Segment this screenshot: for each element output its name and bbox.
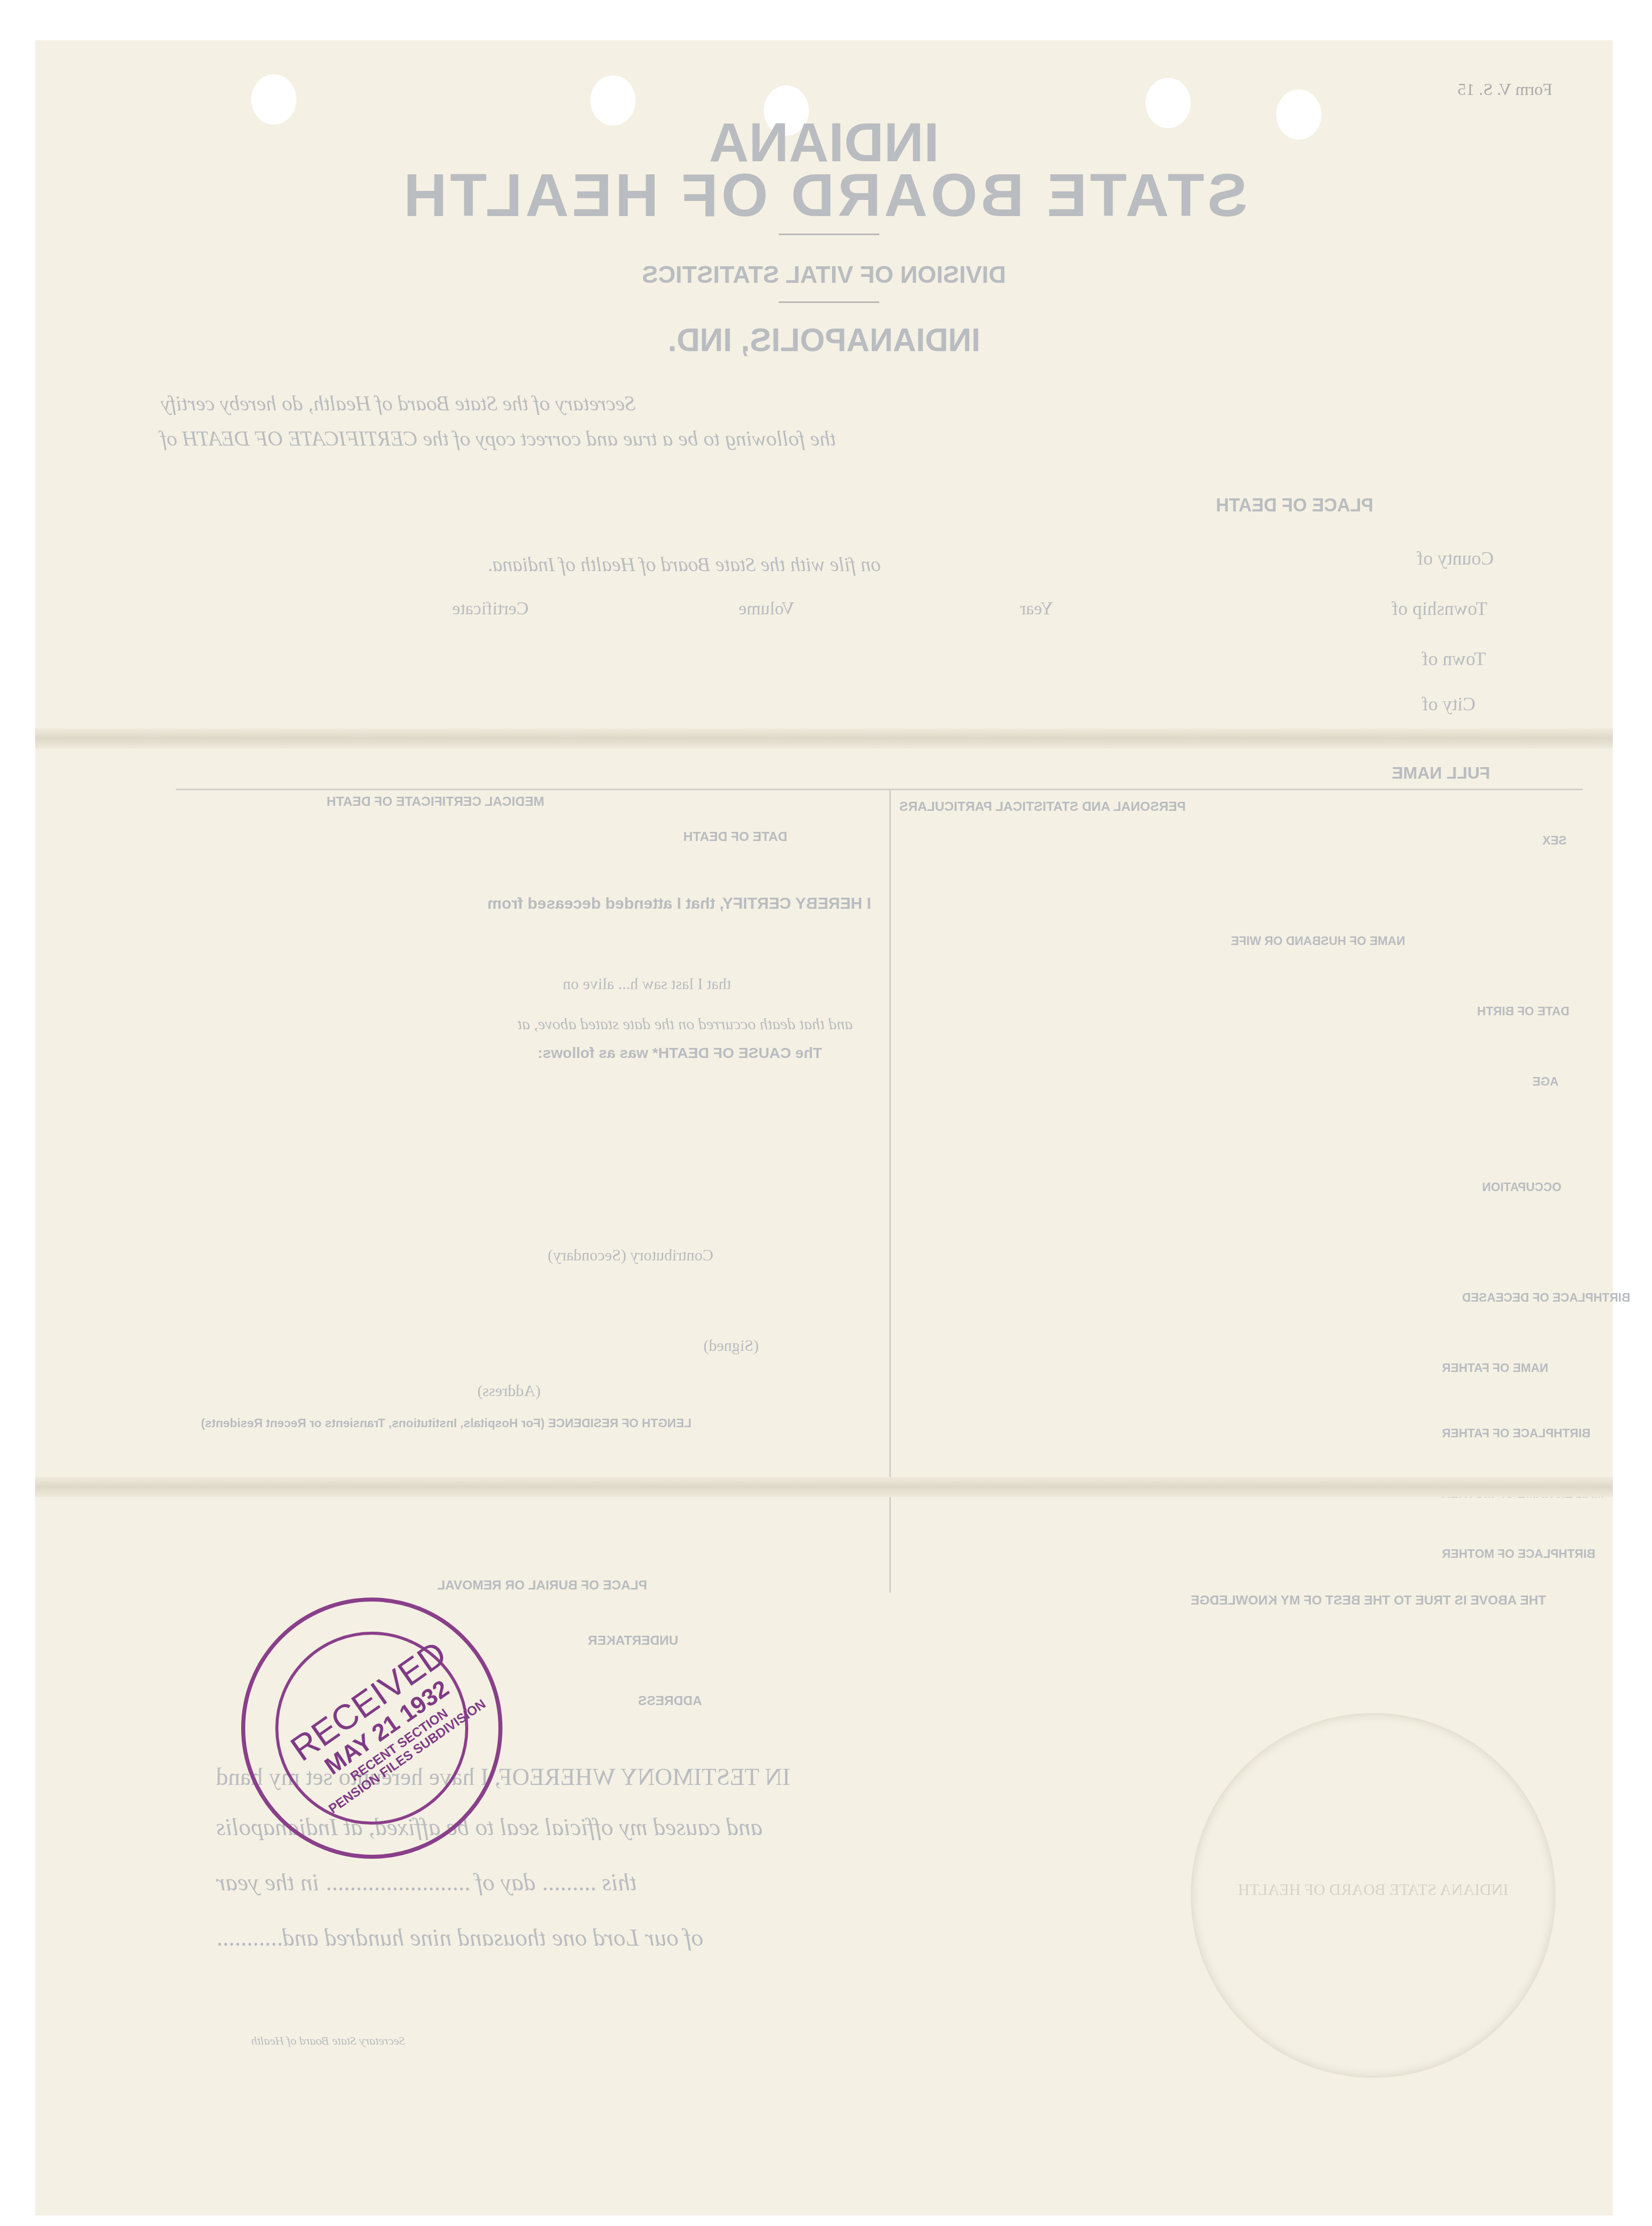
address-upper-label: ADDRESS — [638, 1693, 702, 1709]
sex-label: SEX — [1542, 834, 1567, 848]
cause-label: The CAUSE OF DEATH* was as follows: — [538, 1045, 822, 1062]
header-rule — [779, 234, 879, 235]
embossed-seal: INDIANA STATE BOARD OF HEALTH — [1191, 1713, 1556, 2078]
header-division: DIVISION OF VITAL STATISTICS — [35, 261, 1613, 289]
last-saw-text: that I last saw h... alive on — [563, 975, 731, 993]
father-birthplace-label: BIRTHPLACE OF FATHER — [1442, 1427, 1591, 1441]
paper-fold — [35, 1477, 1613, 1497]
column-divider — [889, 789, 891, 1593]
occupation-label: OCCUPATION — [1482, 1181, 1562, 1195]
seal-text: INDIANA STATE BOARD OF HEALTH — [1192, 1880, 1554, 1899]
testimony-line-3: this ......... day of ..................… — [216, 1869, 637, 1896]
form-number: Form V. S. 15 — [1458, 80, 1553, 99]
length-residence-label: LENGTH OF RESIDENCE (For Hospitals, Inst… — [201, 1417, 691, 1431]
header-agency: STATE BOARD OF HEALTH — [35, 161, 1613, 230]
age-label: AGE — [1532, 1075, 1559, 1089]
attended-text: I HEREBY CERTIFY, that I attended deceas… — [487, 894, 871, 913]
certificate-label: Certificate — [452, 598, 529, 619]
certify-line-1: Secretary of the State Board of Health, … — [161, 392, 1568, 416]
full-name-label: FULL NAME — [1392, 764, 1490, 783]
personal-section-label: PERSONAL AND STATISTICAL PARTICULARS — [899, 799, 1186, 814]
death-occurred-text: and that death occurred on the date stat… — [518, 1015, 853, 1033]
table-rule — [176, 789, 1583, 790]
on-file-text: on file with the State Board of Health o… — [487, 553, 881, 576]
testimony-line-4: of our Lord one thousand nine hundred an… — [216, 1924, 703, 1952]
certify-line-2: the following to be a true and correct c… — [161, 427, 1568, 451]
father-label: NAME OF FATHER — [1442, 1361, 1548, 1375]
volume-label: Volume — [739, 598, 794, 619]
township-label: Township of — [1392, 598, 1488, 620]
header-city: INDIANAPOLIS, IND. — [35, 322, 1613, 359]
informant-label: THE ABOVE IS TRUE TO THE BEST OF MY KNOW… — [1191, 1593, 1546, 1608]
certificate-paper: Form V. S. 15 INDIANA STATE BOARD OF HEA… — [35, 40, 1613, 2215]
burial-label: PLACE OF BURIAL OR REMOVAL — [437, 1577, 647, 1593]
spouse-label: NAME OF HUSBAND OR WIFE — [1231, 934, 1405, 948]
medical-section-label: MEDICAL CERTIFICATE OF DEATH — [327, 794, 544, 809]
received-stamp: RECEIVED MAY 21 1932 RECENT SECTION PENS… — [241, 1598, 502, 1859]
birth-label: DATE OF BIRTH — [1477, 1005, 1570, 1019]
signed-label: (Signed) — [703, 1336, 759, 1355]
secretary-label: Secretary State Board of Health — [251, 2035, 405, 2048]
mother-birthplace-label: BIRTHPLACE OF MOTHER — [1442, 1547, 1595, 1561]
undertaker-label: UNDERTAKER — [588, 1633, 678, 1648]
birthplace-label: BIRTHPLACE OF DECEASED — [1462, 1291, 1630, 1305]
city-label: City of — [1422, 693, 1476, 715]
town-label: Town of — [1422, 648, 1486, 670]
address-label: (Address) — [477, 1382, 541, 1400]
header-rule — [779, 301, 879, 303]
county-label: County of — [1417, 548, 1494, 570]
date-of-death-label: DATE OF DEATH — [683, 829, 787, 844]
year-label: Year — [1020, 598, 1053, 619]
place-of-death-label: PLACE OF DEATH — [1216, 495, 1373, 516]
contributory-label: Contributory (Secondary) — [548, 1246, 713, 1264]
paper-fold — [35, 728, 1613, 749]
